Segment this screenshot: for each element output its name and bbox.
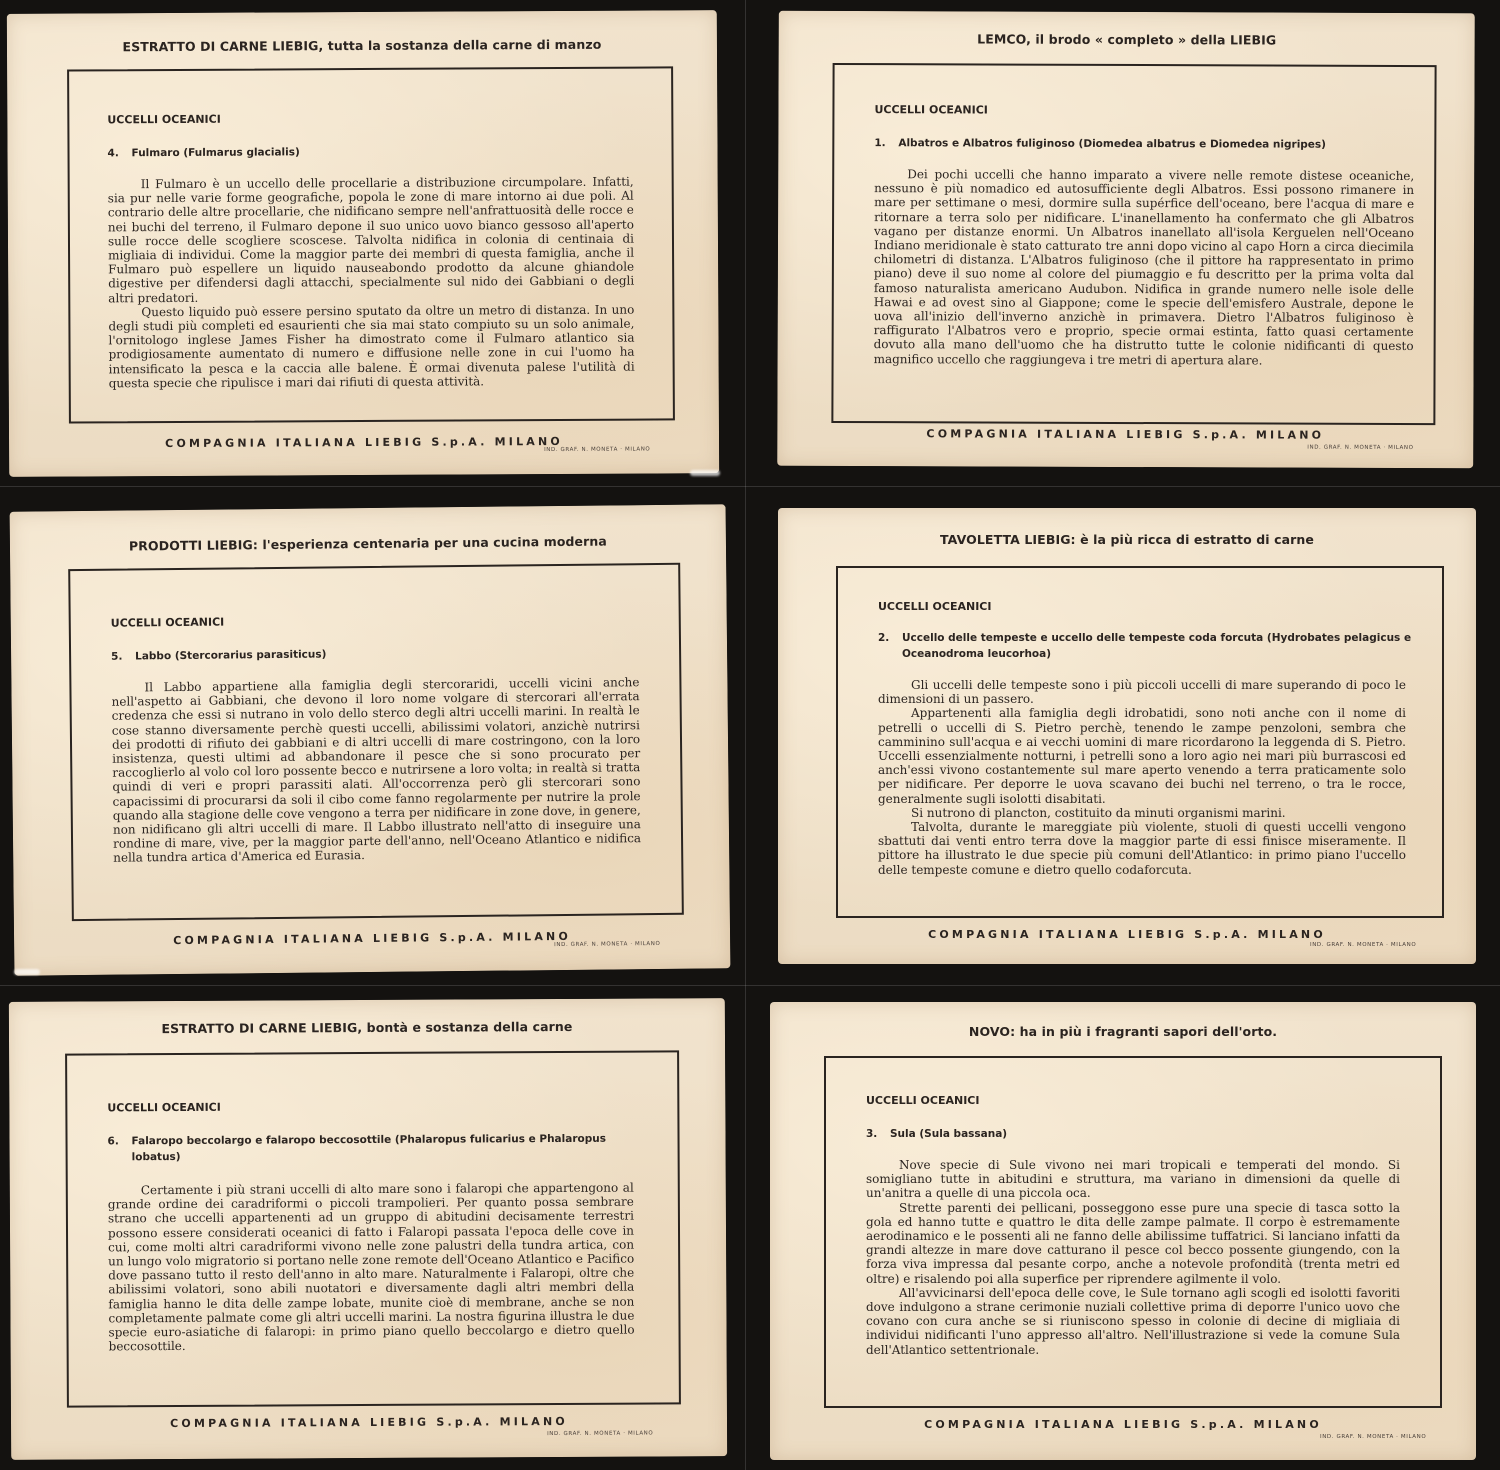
entry-title: 1. Albatros e Albatros fuliginoso (Diome…: [874, 135, 1404, 153]
sleeve-glare: [690, 470, 720, 476]
entry-body: Gli uccelli delle tempeste sono i più pi…: [878, 678, 1406, 877]
series-title: UCCELLI OCEANICI: [107, 113, 221, 127]
card-albatros: LEMCO, il brodo « completo » della LIEBI…: [777, 11, 1475, 468]
entry-number: 5.: [111, 648, 135, 664]
card-heading: TAVOLETTA LIEBIG: è la più ricca di estr…: [778, 532, 1476, 547]
paragraph: Il Fulmaro è un uccello delle procellari…: [108, 175, 635, 306]
entry-title: 6. Falaropo beccolargo e falaropo beccos…: [107, 1131, 617, 1166]
company-name: COMPAGNIA ITALIANA LIEBIG S.p.A. MILANO: [778, 928, 1476, 941]
entry-number: 2.: [878, 630, 902, 662]
entry-title: 3. Sula (Sula bassana): [866, 1126, 1410, 1142]
card-text-frame: UCCELLI OCEANICI 1. Albatros e Albatros …: [831, 63, 1436, 425]
paragraph: Questo liquido può essere persino sputat…: [108, 302, 634, 390]
card-text-frame: UCCELLI OCEANICI 2. Uccello delle tempes…: [836, 566, 1444, 918]
card-heading: NOVO: ha in più i fragranti sapori dell'…: [770, 1024, 1476, 1039]
entry-body: Certamente i più strani uccelli di alto …: [108, 1181, 635, 1354]
printer-credit: IND. GRAF. N. MONETA · MILANO: [544, 446, 650, 453]
entry-name: Labbo (Stercorarius parasiticus): [135, 646, 326, 664]
paragraph: Strette parenti dei pellicani, posseggon…: [866, 1201, 1400, 1286]
card-heading: LEMCO, il brodo « completo » della LIEBI…: [779, 31, 1475, 48]
paragraph: Gli uccelli delle tempeste sono i più pi…: [878, 678, 1406, 706]
paragraph: Talvolta, durante le mareggiate più viol…: [878, 820, 1406, 877]
entry-title: 2. Uccello delle tempeste e uccello dell…: [878, 630, 1412, 662]
series-title: UCCELLI OCEANICI: [866, 1094, 979, 1107]
printer-credit: IND. GRAF. N. MONETA · MILANO: [1320, 1434, 1426, 1440]
entry-name: Uccello delle tempeste e uccello delle t…: [902, 630, 1412, 662]
paragraph: Il Labbo appartiene alla famiglia degli …: [111, 675, 641, 865]
sleeve-seam-horizontal-1: [0, 486, 1500, 487]
entry-title: 4. Fulmaro (Fulmarus glacialis): [107, 143, 641, 162]
printer-credit: IND. GRAF. N. MONETA · MILANO: [547, 1431, 653, 1438]
entry-name: Sula (Sula bassana): [890, 1126, 1007, 1142]
card-falaropo: ESTRATTO DI CARNE LIEBIG, bontà e sostan…: [9, 998, 727, 1460]
card-text-frame: UCCELLI OCEANICI 4. Fulmaro (Fulmarus gl…: [67, 66, 675, 423]
card-fulmaro: ESTRATTO DI CARNE LIEBIG, tutta la sosta…: [7, 10, 719, 477]
printer-credit: IND. GRAF. N. MONETA · MILANO: [1307, 445, 1413, 451]
paragraph: Certamente i più strani uccelli di alto …: [108, 1181, 635, 1354]
company-name: COMPAGNIA ITALIANA LIEBIG S.p.A. MILANO: [11, 1414, 727, 1431]
card-heading: ESTRATTO DI CARNE LIEBIG, bontà e sostan…: [9, 1018, 725, 1037]
sleeve-seam-horizontal-2: [0, 985, 1500, 986]
series-title: UCCELLI OCEANICI: [878, 600, 991, 613]
entry-name: Fulmaro (Fulmarus glacialis): [131, 144, 299, 161]
entry-body: Il Labbo appartiene alla famiglia degli …: [111, 675, 641, 865]
paragraph: Appartenenti alla famiglia degli idrobat…: [878, 706, 1406, 805]
paragraph: All'avvicinarsi dell'epoca delle cove, l…: [866, 1286, 1400, 1357]
company-name: COMPAGNIA ITALIANA LIEBIG S.p.A. MILANO: [770, 1418, 1476, 1431]
card-text-frame: UCCELLI OCEANICI 5. Labbo (Stercorarius …: [68, 563, 684, 921]
sleeve-seam-vertical: [745, 0, 746, 1470]
entry-number: 3.: [866, 1126, 890, 1142]
entry-name: Albatros e Albatros fuliginoso (Diomedea…: [898, 135, 1326, 152]
series-title: UCCELLI OCEANICI: [111, 616, 225, 630]
card-uccello-delle-tempeste: TAVOLETTA LIEBIG: è la più ricca di estr…: [778, 508, 1476, 964]
card-heading: ESTRATTO DI CARNE LIEBIG, tutta la sosta…: [7, 36, 717, 55]
paragraph: Si nutrono di plancton, costituito da mi…: [878, 806, 1406, 820]
card-text-frame: UCCELLI OCEANICI 3. Sula (Sula bassana) …: [824, 1056, 1442, 1408]
printer-credit: IND. GRAF. N. MONETA · MILANO: [1310, 942, 1416, 948]
entry-body: Nove specie di Sule vivono nei mari trop…: [866, 1158, 1400, 1357]
entry-number: 4.: [107, 145, 131, 161]
card-heading: PRODOTTI LIEBIG: l'esperienza centenaria…: [10, 532, 726, 554]
paragraph: Dei pochi uccelli che hanno imparato a v…: [874, 167, 1415, 368]
card-sula: NOVO: ha in più i fragranti sapori dell'…: [770, 1002, 1476, 1460]
paragraph: Nove specie di Sule vivono nei mari trop…: [866, 1158, 1400, 1201]
entry-title: 5. Labbo (Stercorarius parasiticus): [111, 643, 649, 665]
company-name: COMPAGNIA ITALIANA LIEBIG S.p.A. MILANO: [777, 427, 1473, 442]
series-title: UCCELLI OCEANICI: [107, 1101, 221, 1115]
entry-number: 6.: [107, 1133, 131, 1165]
sleeve-glare: [14, 969, 40, 975]
entry-body: Il Fulmaro è un uccello delle procellari…: [108, 175, 635, 391]
card-text-frame: UCCELLI OCEANICI 6. Falaropo beccolargo …: [65, 1050, 681, 1407]
series-title: UCCELLI OCEANICI: [874, 103, 987, 116]
card-labbo: PRODOTTI LIEBIG: l'esperienza centenaria…: [10, 504, 731, 975]
entry-name: Falaropo beccolargo e falaropo beccosott…: [131, 1131, 617, 1166]
entry-number: 1.: [874, 135, 898, 151]
printer-credit: IND. GRAF. N. MONETA · MILANO: [554, 941, 660, 948]
entry-body: Dei pochi uccelli che hanno imparato a v…: [874, 167, 1415, 368]
